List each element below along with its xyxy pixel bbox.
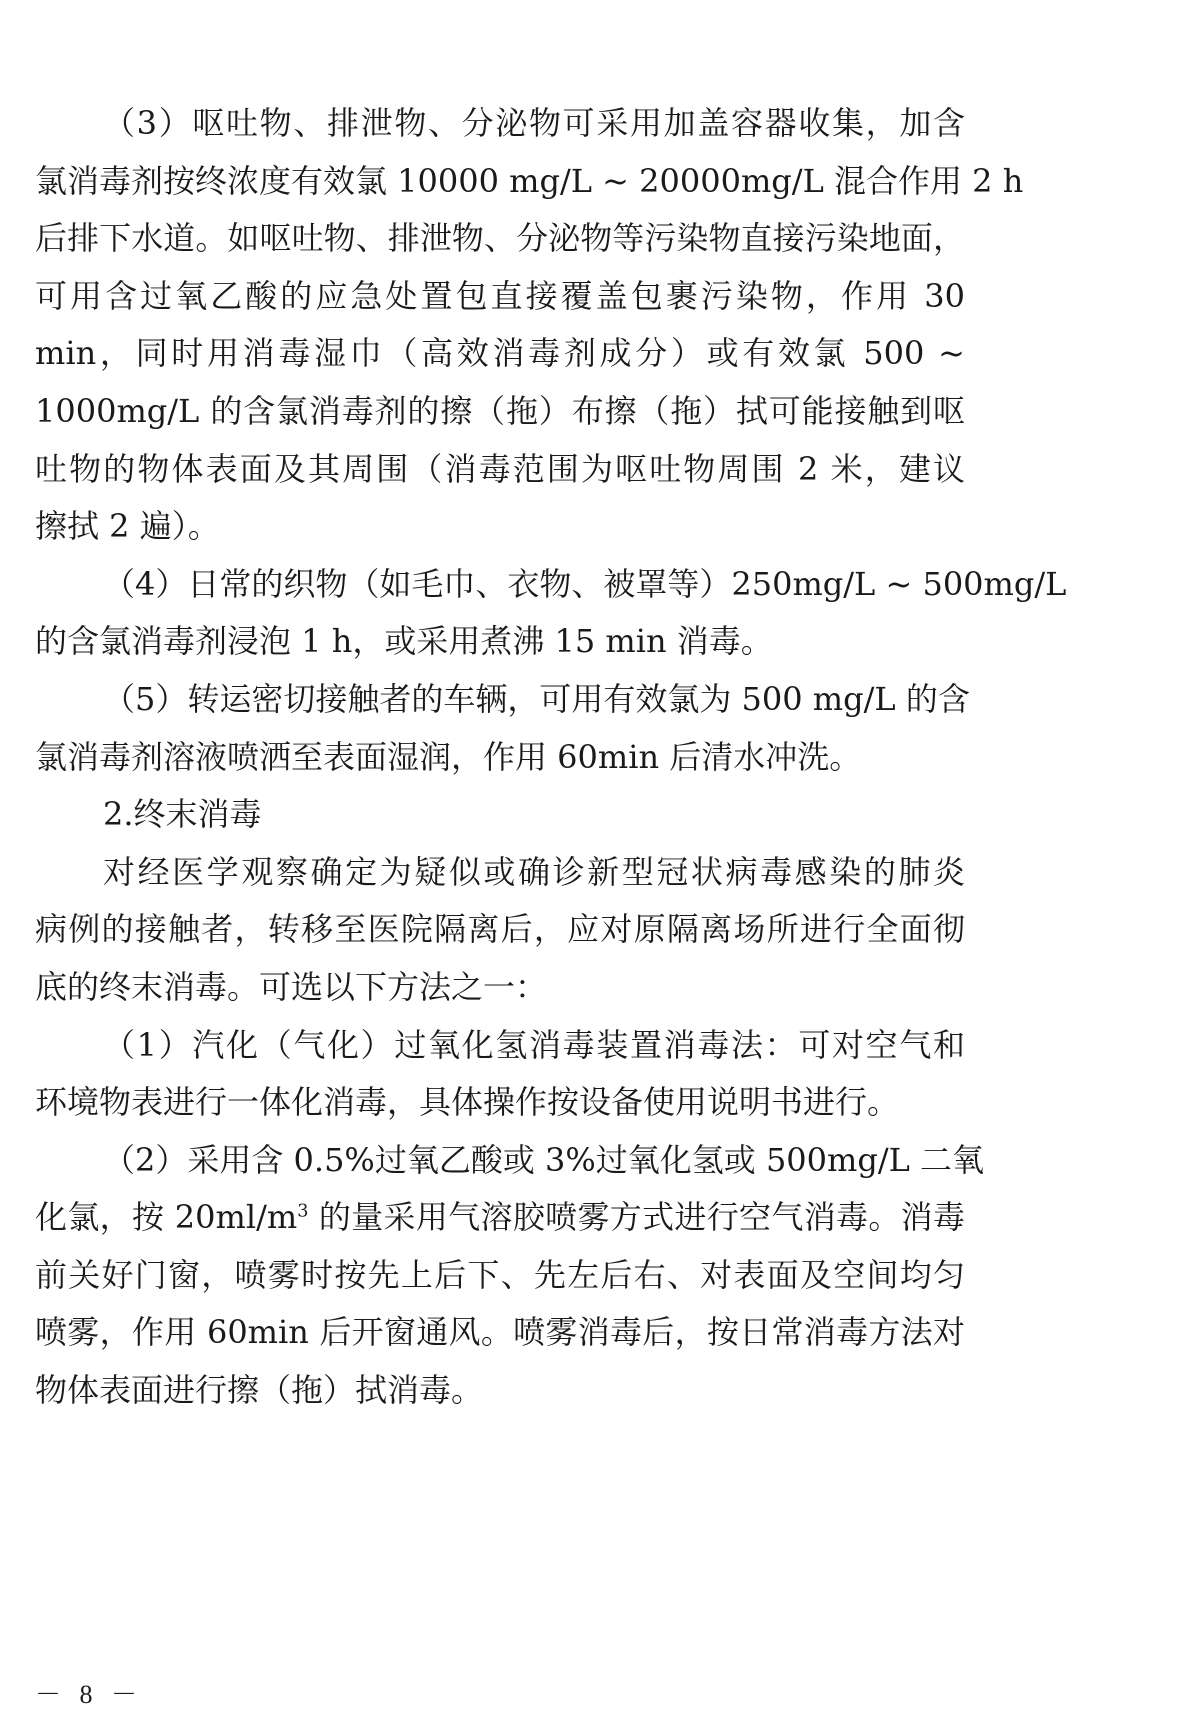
text-line: 病例的接触者，转移至医院隔离后，应对原隔离场所进行全面彻 <box>35 901 965 959</box>
text-line: 1000mg/L 的含氯消毒剂的擦（拖）布擦（拖）拭可能接触到呕 <box>35 383 965 441</box>
text-line: （3）呕吐物、排泄物、分泌物可采用加盖容器收集，加含 <box>35 95 965 153</box>
text-line: 氯消毒剂按终浓度有效氯 10000 mg/L ~ 20000mg/L 混合作用 … <box>35 153 965 211</box>
text-line: 喷雾，作用 60min 后开窗通风。喷雾消毒后，按日常消毒方法对 <box>35 1304 965 1362</box>
text-line: （1）汽化（气化）过氧化氢消毒装置消毒法：可对空气和 <box>35 1017 965 1075</box>
text-line: 对经医学观察确定为疑似或确诊新型冠状病毒感染的肺炎 <box>35 844 965 902</box>
text-line: 后排下水道。如呕吐物、排泄物、分泌物等污染物直接污染地面， <box>35 210 965 268</box>
text-line: 吐物的物体表面及其周围（消毒范围为呕吐物周围 2 米，建议 <box>35 441 965 499</box>
text-line: 可用含过氧乙酸的应急处置包直接覆盖包裹污染物，作用 30 <box>35 268 965 326</box>
text-segment: 化氯，按 20ml/m <box>35 1198 297 1236</box>
paragraph-method-1: （1）汽化（气化）过氧化氢消毒装置消毒法：可对空气和 环境物表进行一体化消毒，具… <box>35 1017 965 1132</box>
paragraph-item-5: （5）转运密切接触者的车辆，可用有效氯为 500 mg/L 的含 氯消毒剂溶液喷… <box>35 671 965 786</box>
text-line: 物体表面进行擦（拖）拭消毒。 <box>35 1362 965 1420</box>
paragraph-method-2: （2）采用含 0.5%过氧乙酸或 3%过氧化氢或 500mg/L 二氧 化氯，按… <box>35 1132 965 1420</box>
text-line: 的含氯消毒剂浸泡 1 h，或采用煮沸 15 min 消毒。 <box>35 613 965 671</box>
text-line: min，同时用消毒湿巾（高效消毒剂成分）或有效氯 500 ~ <box>35 325 965 383</box>
text-line: （5）转运密切接触者的车辆，可用有效氯为 500 mg/L 的含 <box>35 671 965 729</box>
paragraph-section-2-intro: 对经医学观察确定为疑似或确诊新型冠状病毒感染的肺炎 病例的接触者，转移至医院隔离… <box>35 844 965 1017</box>
paragraph-item-4: （4）日常的织物（如毛巾、衣物、被罩等）250mg/L ~ 500mg/L 的含… <box>35 556 965 671</box>
text-line: 底的终末消毒。可选以下方法之一： <box>35 959 965 1017</box>
text-line: （2）采用含 0.5%过氧乙酸或 3%过氧化氢或 500mg/L 二氧 <box>35 1132 965 1190</box>
text-line: 环境物表进行一体化消毒，具体操作按设备使用说明书进行。 <box>35 1074 965 1132</box>
section-heading: 2.终末消毒 <box>35 786 965 844</box>
text-line: 擦拭 2 遍）。 <box>35 498 965 556</box>
text-line: （4）日常的织物（如毛巾、衣物、被罩等）250mg/L ~ 500mg/L <box>35 556 965 614</box>
text-segment: 的量采用气溶胶喷雾方式进行空气消毒。消毒 <box>308 1198 965 1236</box>
superscript-exponent: 3 <box>297 1202 308 1222</box>
section-title: 2.终末消毒 <box>35 786 965 844</box>
text-line: 前关好门窗，喷雾时按先上后下、先左后右、对表面及空间均匀 <box>35 1247 965 1305</box>
paragraph-item-3: （3）呕吐物、排泄物、分泌物可采用加盖容器收集，加含 氯消毒剂按终浓度有效氯 1… <box>35 95 965 556</box>
text-line: 氯消毒剂溶液喷洒至表面湿润，作用 60min 后清水冲洗。 <box>35 729 965 787</box>
document-page: （3）呕吐物、排泄物、分泌物可采用加盖容器收集，加含 氯消毒剂按终浓度有效氯 1… <box>35 95 965 1420</box>
page-number: － 8 － <box>35 1680 143 1710</box>
text-line: 化氯，按 20ml/m3 的量采用气溶胶喷雾方式进行空气消毒。消毒 <box>35 1189 965 1247</box>
